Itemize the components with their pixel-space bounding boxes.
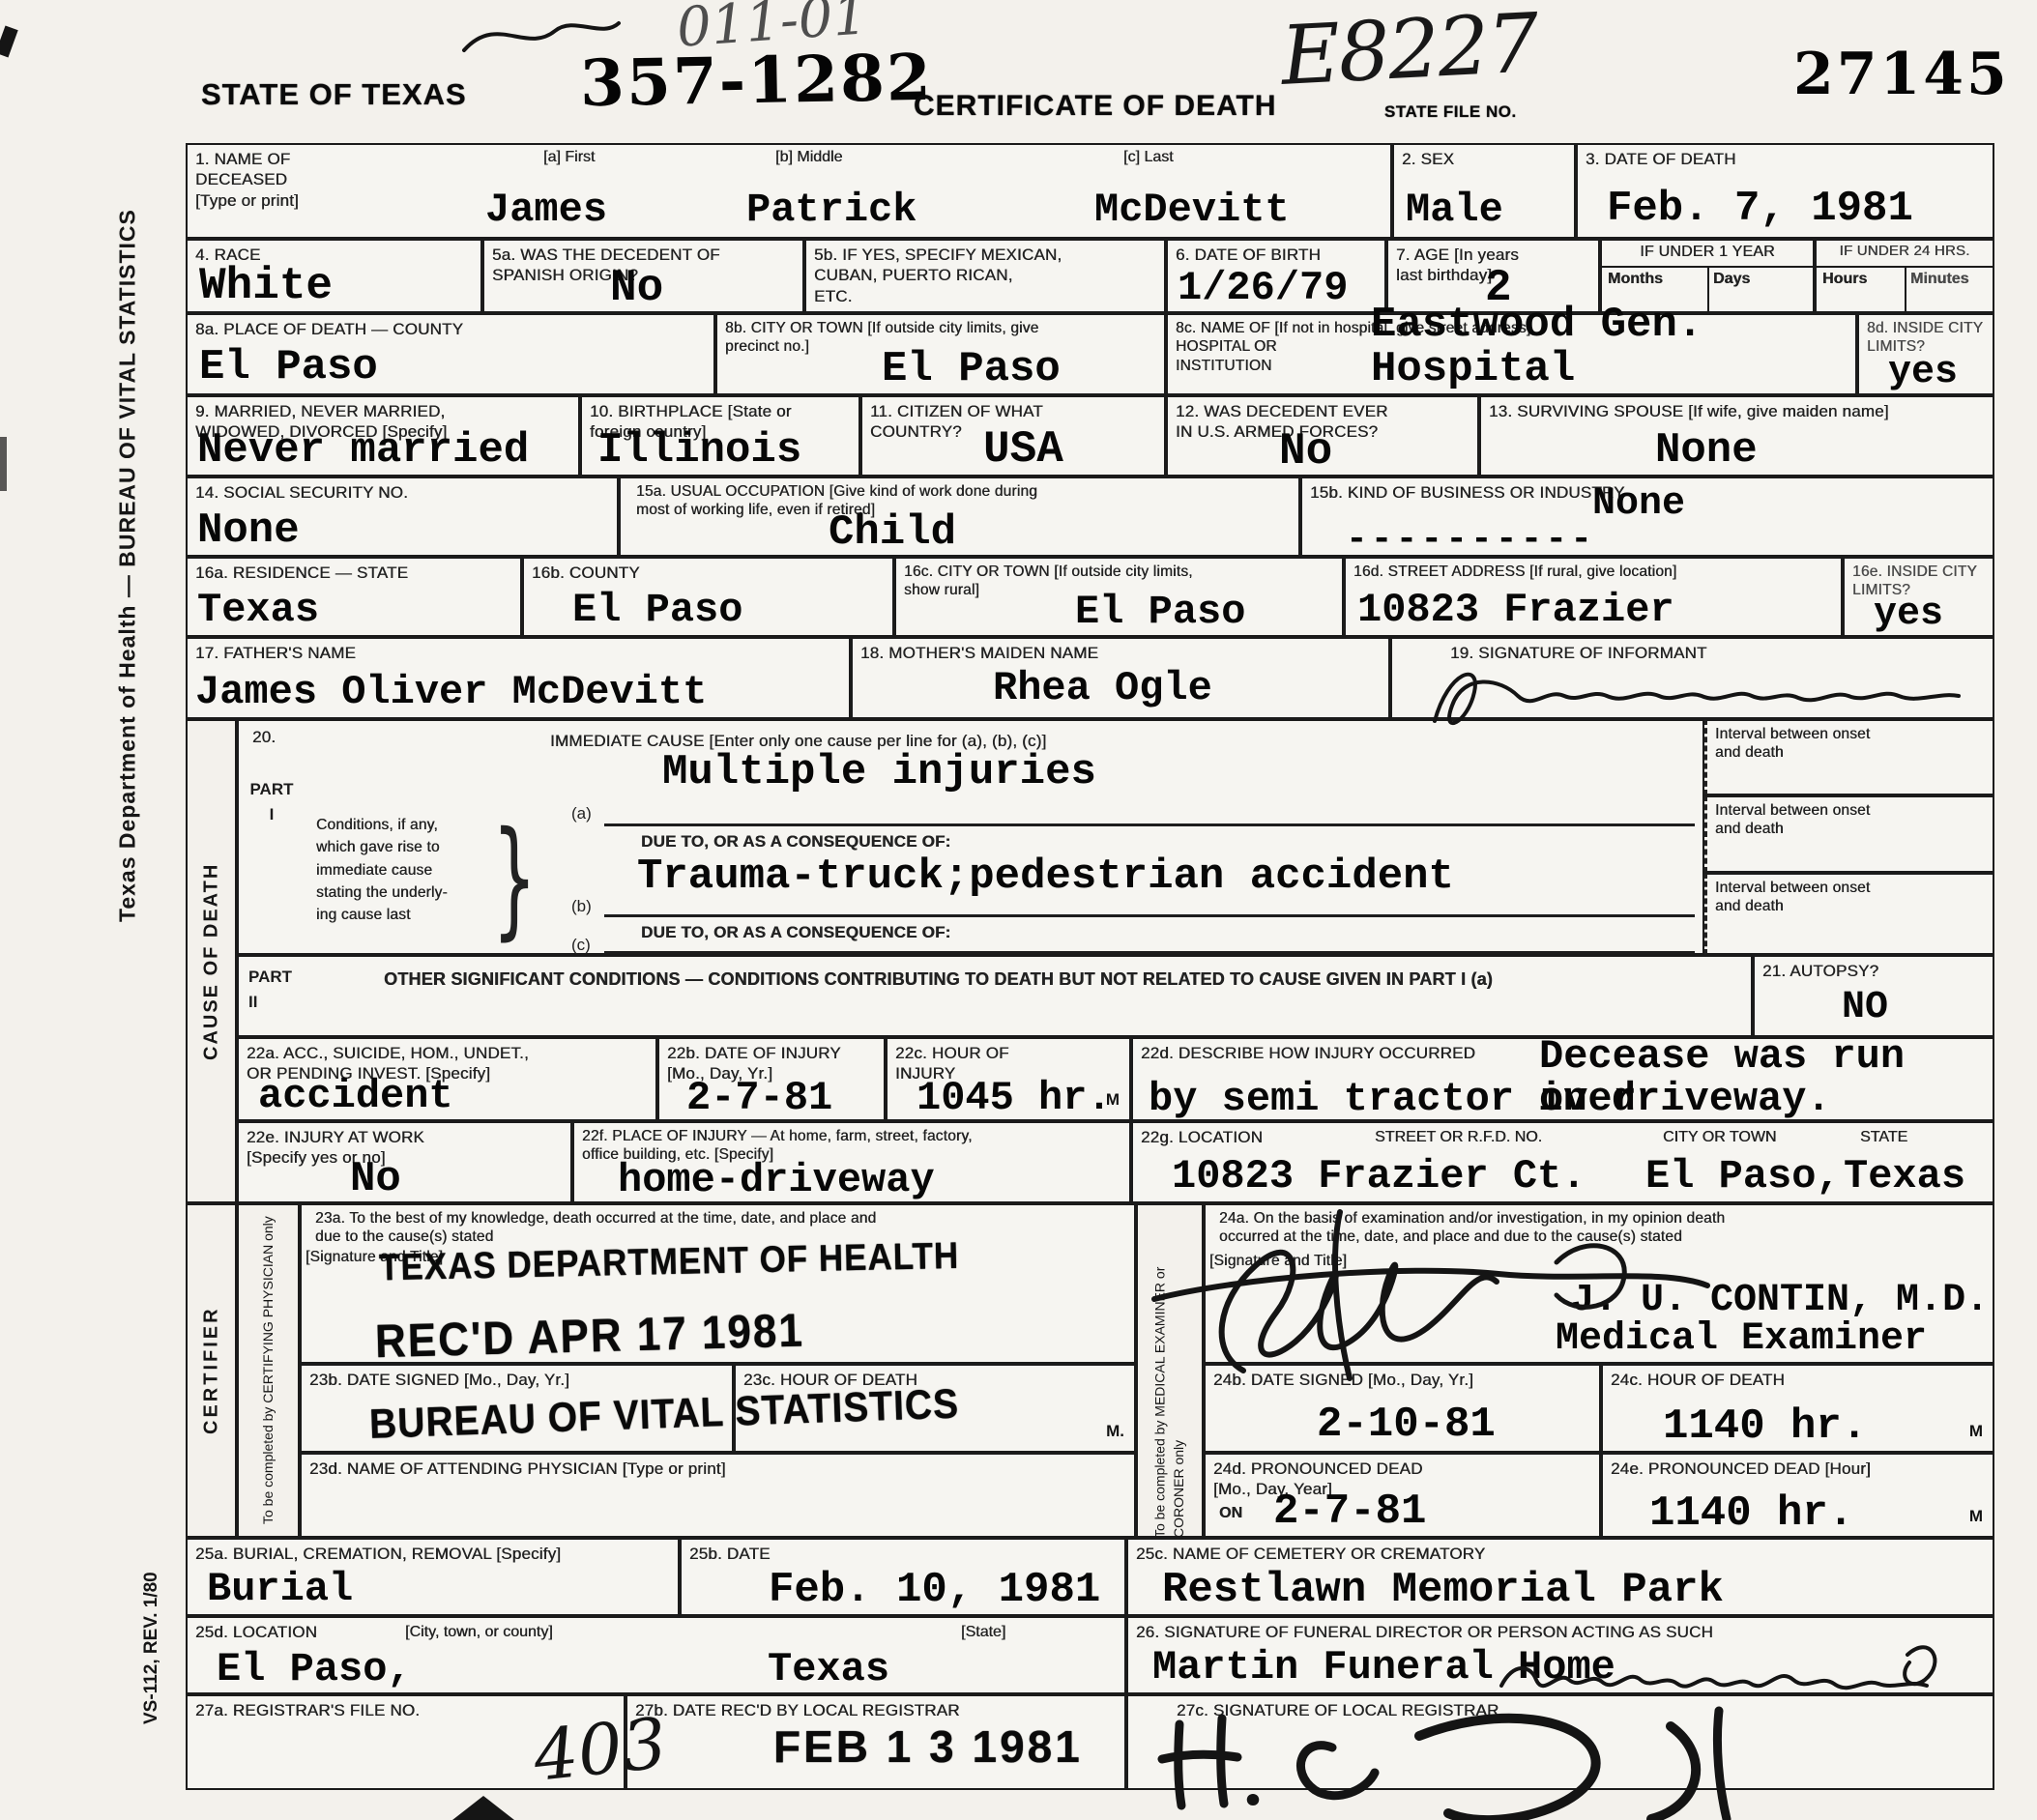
mothers-maiden-name-value: Rhea Ogle — [993, 667, 1212, 709]
field-23c-meridiem: M. — [1106, 1422, 1124, 1441]
residence-city-value: El Paso — [1075, 591, 1245, 633]
pronounced-dead-date-value: 2-7-81 — [1273, 1489, 1426, 1534]
received-stamp-line2: REC'D APR 17 1981 — [374, 1305, 804, 1370]
field-12-armed-forces: 12. WAS DECEDENT EVER IN U.S. ARMED FORC… — [1166, 395, 1479, 477]
injury-street-value: 10823 Frazier Ct. — [1172, 1155, 1586, 1198]
field-14-label: 14. SOCIAL SECURITY NO. — [195, 482, 408, 503]
field-11-citizen-country: 11. CITIZEN OF WHAT COUNTRY? USA — [860, 395, 1166, 477]
state-file-no-label: STATE FILE NO. — [1384, 102, 1517, 122]
hour-of-injury-value: 1045 hr. — [917, 1077, 1112, 1119]
field-21-label: 21. AUTOPSY? — [1762, 961, 1878, 981]
interval-label-b: Interval between onset and death — [1715, 801, 1870, 839]
field-22b-date-of-injury: 22b. DATE OF INJURY [Mo., Day, Yr.] 2-7-… — [657, 1037, 886, 1121]
certifier-margin-label: CERTIFIER — [190, 1203, 233, 1538]
scan-edge-mark — [0, 437, 7, 491]
date-received-stamp: FEB 1 3 1981 — [773, 1720, 1083, 1773]
part-2-heading: OTHER SIGNIFICANT CONDITIONS — CONDITION… — [384, 968, 1728, 991]
field-3-label: 3. DATE OF DEATH — [1586, 149, 1736, 169]
certificate-title: CERTIFICATE OF DEATH — [914, 90, 1277, 123]
field-22e-injury-at-work: 22e. INJURY AT WORK [Specify yes or no] … — [237, 1121, 572, 1203]
place-of-death-county-value: El Paso — [199, 345, 378, 390]
field-16a-residence-state: 16a. RESIDENCE — STATE Texas — [186, 557, 522, 637]
field-25b-disposition-date: 25b. DATE Feb. 10, 1981 — [680, 1538, 1126, 1616]
field-25a-disposition: 25a. BURIAL, CREMATION, REMOVAL [Specify… — [186, 1538, 680, 1616]
field-23b-label: 23b. DATE SIGNED [Mo., Day, Yr.] — [309, 1370, 569, 1390]
minutes-sublabel: Minutes — [1910, 271, 1968, 288]
date-of-death-value: Feb. 7, 1981 — [1607, 187, 1913, 231]
interval-box-b: Interval between onset and death — [1704, 795, 1994, 873]
pronounced-dead-hour-value: 1140 hr. — [1649, 1491, 1853, 1536]
pen-scribble-icon — [454, 8, 628, 66]
line-b-marker: (b) — [571, 897, 592, 916]
under-24-hrs-label: IF UNDER 24 HRS. — [1817, 243, 1993, 261]
local-registrar-signature — [1129, 1697, 1806, 1820]
field-16d-street-address: 16d. STREET ADDRESS [If rural, give loca… — [1344, 557, 1843, 637]
registrar-file-number-text: 403 — [529, 1702, 670, 1797]
registrar-file-number-handwriting: 403 — [527, 1711, 740, 1807]
injury-at-work-value: No — [350, 1157, 401, 1201]
field-1-name-of-deceased: 1. NAME OF DECEASED [Type or print] [a] … — [186, 143, 1392, 239]
field-24e-meridiem: M — [1969, 1507, 1983, 1526]
cemetery-value: Restlawn Memorial Park — [1162, 1568, 1724, 1612]
disposition-state-value: Texas — [768, 1648, 889, 1690]
hour-of-injury-meridiem: M — [1106, 1090, 1120, 1110]
field-25d-city-sublabel: [City, town, or county] — [405, 1624, 553, 1641]
field-16c-residence-city: 16c. CITY OR TOWN [If outside city limit… — [894, 557, 1344, 637]
field-25c-label: 25c. NAME OF CEMETERY OR CREMATORY — [1136, 1544, 1485, 1564]
field-16a-label: 16a. RESIDENCE — STATE — [195, 563, 408, 583]
field-5a-label: 5a. WAS THE DECEDENT OF SPANISH ORIGIN? — [492, 245, 720, 286]
state-sublabel: STATE — [1860, 1129, 1907, 1146]
under-1-year-label: IF UNDER 1 YEAR — [1602, 243, 1813, 262]
field-22c-hour-of-injury: 22c. HOUR OF INJURY 1045 hr. M — [886, 1037, 1131, 1121]
field-1-label: 1. NAME OF DECEASED [Type or print] — [195, 149, 299, 211]
sex-value: Male — [1406, 188, 1503, 231]
field-5b-label: 5b. IF YES, SPECIFY MEXICAN, CUBAN, PUER… — [814, 245, 1062, 306]
residence-county-value: El Paso — [572, 589, 742, 631]
field-13-surviving-spouse: 13. SURVIVING SPOUSE [If wife, give maid… — [1479, 395, 1994, 477]
cause-a-value: Multiple injuries — [662, 750, 1096, 794]
first-name-sublabel: [a] First — [543, 149, 595, 166]
disposition-city-value: El Paso, — [217, 1648, 412, 1690]
part-1-label: PART I — [245, 777, 299, 826]
field-16d-label: 16d. STREET ADDRESS [If rural, give loca… — [1353, 563, 1676, 581]
field-16b-label: 16b. COUNTY — [532, 563, 640, 583]
field-25c-cemetery: 25c. NAME OF CEMETERY OR CREMATORY Restl… — [1126, 1538, 1994, 1616]
field-24e-label: 24e. PRONOUNCED DEAD [Hour] — [1611, 1459, 1871, 1479]
field-25d-label: 25d. LOCATION — [195, 1622, 317, 1642]
social-security-value: None — [197, 508, 300, 553]
marital-status-value: Never married — [197, 428, 529, 473]
business-industry-value: None — [1592, 484, 1685, 525]
field-21-autopsy: 21. AUTOPSY? NO — [1753, 955, 1994, 1037]
field-25b-label: 25b. DATE — [689, 1544, 771, 1564]
me-date-signed-value: 2-10-81 — [1317, 1402, 1496, 1447]
field-8a-label: 8a. PLACE OF DEATH — COUNTY — [195, 319, 463, 339]
business-industry-dashes: ---------- — [1346, 521, 1595, 560]
field-25a-label: 25a. BURIAL, CREMATION, REMOVAL [Specify… — [195, 1544, 561, 1564]
field-18-mothers-maiden-name: 18. MOTHER'S MAIDEN NAME Rhea Ogle — [851, 637, 1390, 719]
field-15a-usual-occupation: 15a. USUAL OCCUPATION [Give kind of work… — [619, 477, 1300, 557]
line-c-marker: (c) — [571, 936, 591, 955]
residence-inside-city-limits-value: yes — [1874, 594, 1943, 635]
street-address-value: 10823 Frazier — [1357, 589, 1674, 631]
field-6-label: 6. DATE OF BIRTH — [1176, 245, 1321, 265]
line-a-marker: (a) — [571, 804, 592, 823]
field-22a-manner: 22a. ACC., SUICIDE, HOM., UNDET., OR PEN… — [237, 1037, 657, 1121]
state-file-number: 27145 — [1793, 41, 2010, 108]
field-24d-on-label: ON — [1219, 1505, 1242, 1522]
hour-of-death-value: 1140 hr. — [1663, 1404, 1867, 1449]
armed-forces-value: No — [1279, 428, 1332, 475]
field-4-race: 4. RACE White — [186, 239, 482, 313]
last-name-sublabel: [c] Last — [1123, 149, 1174, 166]
date-of-birth-value: 1/26/79 — [1178, 267, 1348, 309]
months-sublabel: Months — [1608, 271, 1663, 288]
field-17-fathers-name: 17. FATHER'S NAME James Oliver McDevitt — [186, 637, 851, 719]
field-13-label: 13. SURVIVING SPOUSE [If wife, give maid… — [1489, 401, 1889, 421]
field-22d-how-injury-occurred: 22d. DESCRIBE HOW INJURY OCCURRED Deceas… — [1131, 1037, 1994, 1121]
death-city-value: El Paso — [882, 347, 1061, 391]
due-to-label-1: DUE TO, OR AS A CONSEQUENCE OF: — [641, 831, 950, 852]
field-16e-inside-city-limits: 16e. INSIDE CITY LIMITS? yes — [1843, 557, 1994, 637]
field-8a-place-of-death-county: 8a. PLACE OF DEATH — COUNTY El Paso — [186, 313, 715, 395]
disposition-date-value: Feb. 10, 1981 — [769, 1568, 1100, 1612]
middle-name-value: Patrick — [746, 188, 917, 231]
fathers-name-value: James Oliver McDevitt — [195, 671, 707, 713]
field-22d-label: 22d. DESCRIBE HOW INJURY OCCURRED — [1141, 1043, 1475, 1063]
autopsy-value: NO — [1842, 988, 1888, 1028]
birthplace-value: Illinois — [597, 428, 801, 473]
death-certificate-scan: 011-01 357-1282 STATE OF TEXAS CERTIFICA… — [0, 0, 2037, 1820]
field-22g-label: 22g. LOCATION — [1141, 1127, 1263, 1147]
handwritten-file-number: E8227 — [1279, 0, 1540, 103]
middle-name-sublabel: [b] Middle — [775, 149, 842, 166]
department-margin-text: Texas Department of Health — BUREAU OF V… — [108, 106, 147, 1025]
how-injury-occurred-line2: by semi tractor in driveway. — [1149, 1078, 1831, 1120]
spanish-origin-value: No — [610, 265, 663, 311]
field-24c-meridiem: M — [1969, 1422, 1983, 1441]
field-27a-label: 27a. REGISTRAR'S FILE NO. — [195, 1700, 420, 1720]
state-of-texas-heading: STATE OF TEXAS — [201, 77, 467, 112]
field-14-social-security: 14. SOCIAL SECURITY NO. None — [186, 477, 619, 557]
informant-signature — [1421, 646, 1977, 742]
citizen-country-value: USA — [983, 426, 1063, 473]
scan-edge-mark — [0, 26, 18, 58]
field-8c-hospital-or-institution: 8c. NAME OF [If not in hospital, give st… — [1166, 313, 1857, 395]
field-2-label: 2. SEX — [1402, 149, 1454, 169]
cause-line-c — [604, 922, 1695, 954]
field-23d-label: 23d. NAME OF ATTENDING PHYSICIAN [Type o… — [309, 1459, 726, 1479]
part-1-immediate-cause: 20. PART I Conditions, if any, which gav… — [237, 719, 1704, 955]
field-6-date-of-birth: 6. DATE OF BIRTH 1/26/79 — [1166, 239, 1386, 313]
field-3-date-of-death: 3. DATE OF DEATH Feb. 7, 1981 — [1576, 143, 1994, 239]
residence-state-value: Texas — [197, 589, 319, 631]
field-25d-state-sublabel: [State] — [961, 1624, 1005, 1641]
injury-city-value: El Paso, — [1645, 1155, 1841, 1198]
city-sublabel: CITY OR TOWN — [1663, 1129, 1776, 1146]
street-sublabel: STREET OR R.F.D. NO. — [1375, 1129, 1542, 1146]
interval-label-c: Interval between onset and death — [1715, 879, 1870, 916]
injury-state-value: Texas — [1844, 1155, 1965, 1198]
field-2-sex: 2. SEX Male — [1392, 143, 1576, 239]
occupation-value: Child — [829, 510, 956, 555]
disposition-value: Burial — [207, 1568, 353, 1610]
date-of-injury-value: 2-7-81 — [686, 1077, 832, 1119]
field-15b-label: 15b. KIND OF BUSINESS OR INDUSTRY — [1310, 482, 1625, 503]
hours-sublabel: Hours — [1822, 271, 1867, 288]
race-value: White — [199, 263, 333, 309]
part-2-label-word: PART II — [245, 965, 303, 1014]
part-1-number: 20. — [252, 727, 276, 747]
manner-value: accident — [258, 1075, 453, 1117]
field-22g-location: 22g. LOCATION STREET OR R.F.D. NO. CITY … — [1131, 1121, 1994, 1203]
place-of-injury-value: home-driveway — [618, 1159, 935, 1201]
first-name-value: James — [485, 188, 607, 231]
field-23d-attending-physician: 23d. NAME OF ATTENDING PHYSICIAN [Type o… — [300, 1453, 1136, 1538]
last-name-value: McDevitt — [1094, 188, 1290, 231]
field-8b-city-or-town: 8b. CITY OR TOWN [If outside city limits… — [715, 313, 1166, 395]
field-18-label: 18. MOTHER'S MAIDEN NAME — [860, 643, 1098, 663]
field-25d-disposition-location: 25d. LOCATION [City, town, or county] [S… — [186, 1616, 1126, 1694]
cause-b-value: Trauma-truck;pedestrian accident — [637, 854, 1454, 899]
field-24d-pronounced-dead: 24d. PRONOUNCED DEAD [Mo., Day, Year] ON… — [1204, 1453, 1601, 1538]
field-17-label: 17. FATHER'S NAME — [195, 643, 356, 663]
field-5a-spanish-origin: 5a. WAS THE DECEDENT OF SPANISH ORIGIN? … — [482, 239, 804, 313]
death-inside-city-limits-value: yes — [1888, 353, 1958, 393]
form-code-margin-text: VS-112, REV. 1/80 — [135, 1532, 168, 1764]
field-16b-residence-county: 16b. COUNTY El Paso — [522, 557, 894, 637]
medical-examiner-signature — [1150, 1206, 1711, 1385]
certifying-physician-note: To be completed by CERTIFYING PHYSICIAN … — [239, 1203, 299, 1538]
field-22f-place-of-injury: 22f. PLACE OF INJURY — At home, farm, st… — [572, 1121, 1131, 1203]
conditions-note: Conditions, if any, which gave rise to i… — [316, 814, 448, 926]
surviving-spouse-value: None — [1655, 428, 1758, 473]
interval-box-c: Interval between onset and death — [1704, 873, 1994, 955]
cause-of-death-margin-label: CAUSE OF DEATH — [190, 719, 233, 1203]
field-8d-inside-city-limits: 8d. INSIDE CITY LIMITS? yes — [1857, 313, 1994, 395]
hospital-value: Eastwood Gen. Hospital — [1371, 303, 1855, 391]
field-15b-business-industry: 15b. KIND OF BUSINESS OR INDUSTRY None -… — [1300, 477, 1994, 557]
field-10-birthplace: 10. BIRTHPLACE [State or foreign country… — [580, 395, 860, 477]
field-9-marital-status: 9. MARRIED, NEVER MARRIED, WIDOWED, DIVO… — [186, 395, 580, 477]
field-5b-specify-origin: 5b. IF YES, SPECIFY MEXICAN, CUBAN, PUER… — [804, 239, 1166, 313]
days-sublabel: Days — [1713, 271, 1750, 288]
part-2-other-conditions: PART II OTHER SIGNIFICANT CONDITIONS — C… — [237, 955, 1753, 1037]
field-24e-pronounced-dead-hour: 24e. PRONOUNCED DEAD [Hour] 1140 hr. M — [1601, 1453, 1994, 1538]
brace-glyph: } — [492, 804, 537, 953]
scan-bottom-ink-blot — [452, 1796, 514, 1820]
cause-line-a — [604, 794, 1695, 826]
